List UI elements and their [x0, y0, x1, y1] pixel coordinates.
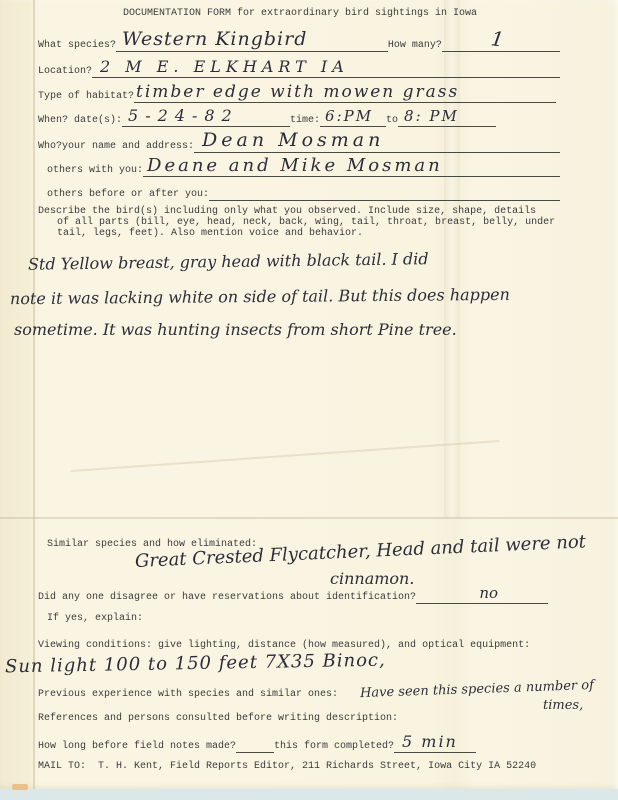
habitat-row: Type of habitat? timber edge with mowen …: [38, 85, 556, 103]
form-completed-label: this form completed?: [274, 741, 394, 752]
others-with-value: Deane and Mike Mosman: [147, 157, 443, 175]
if-yes-label: If yes, explain:: [47, 613, 143, 624]
time-from-rule: 6:PM: [320, 125, 386, 127]
field-notes-rule: [236, 751, 274, 753]
mail-to-line: MAIL TO: T. H. Kent, Field Reports Edito…: [38, 761, 536, 772]
experience-value-line2: times,: [543, 699, 583, 712]
species-label: What species?: [38, 40, 116, 51]
who-rule: Dean Mosman: [194, 151, 560, 153]
time-from-value: 6:PM: [325, 109, 373, 124]
when-row: When? date(s): 5-24-82 time: 6:PM to 8: …: [38, 109, 530, 127]
field-notes-label: How long before field notes made?: [38, 741, 236, 752]
disagree-value: no: [479, 586, 498, 601]
description-line1: Std Yellow breast, gray head with black …: [28, 251, 429, 273]
location-label: Location?: [38, 66, 92, 77]
species-row: What species? Western Kingbird How many?…: [38, 34, 560, 52]
how-long-row: How long before field notes made? this f…: [38, 735, 476, 753]
disagree-label: Did any one disagree or have reservation…: [38, 592, 416, 603]
location-value: 2 M E. ELKHART IA: [100, 59, 349, 75]
describe-instructions-line2: of all parts (bill, eye, head, neck, bac…: [57, 217, 555, 228]
species-value: Western Kingbird: [122, 30, 307, 49]
describe-instructions-line3: tail, legs, feet). Also mention voice an…: [57, 228, 363, 239]
form-completed-value: 5 min: [402, 734, 458, 750]
viewing-value: Sun light 100 to 150 feet 7X35 Binoc,: [5, 652, 386, 677]
time-label: time:: [290, 115, 320, 126]
description-line2: note it was lacking white on side of tai…: [10, 287, 510, 307]
description-line3: sometime. It was hunting insects from sh…: [14, 322, 457, 338]
experience-label: Previous experience with species and sim…: [38, 689, 338, 700]
form-completed-rule: 5 min: [394, 751, 476, 753]
location-rule: 2 M E. ELKHART IA: [92, 76, 560, 78]
location-row: Location? 2 M E. ELKHART IA: [38, 60, 560, 78]
date-value: 5-24-82: [128, 108, 239, 124]
time-to-rule: 8: PM: [398, 125, 496, 127]
form-title: DOCUMENTATION FORM for extraordinary bir…: [123, 8, 477, 19]
diagonal-crease: [70, 440, 499, 472]
experience-value-line1: Have seen this species a number of: [360, 679, 594, 700]
who-row: Who?your name and address: Dean Mosman: [38, 135, 560, 153]
species-rule: Western Kingbird: [116, 50, 388, 52]
when-label: When? date(s):: [38, 115, 122, 126]
disagree-row: Did any one disagree or have reservation…: [38, 586, 548, 604]
who-label: Who?your name and address:: [38, 141, 194, 152]
how-many-label: How many?: [388, 40, 442, 51]
time-to-value: 8: PM: [404, 109, 459, 124]
how-many-value: 1: [490, 28, 505, 50]
habitat-value: timber edge with mowen grass: [136, 84, 459, 101]
scanned-form-paper: DOCUMENTATION FORM for extraordinary bir…: [0, 0, 618, 789]
others-with-rule: Deane and Mike Mosman: [143, 175, 560, 177]
paper-under-edge: [12, 784, 28, 790]
similar-species-value-line2: cinnamon.: [330, 571, 414, 587]
who-value: Dean Mosman: [202, 131, 384, 150]
describe-instructions-line1: Describe the bird(s) including only what…: [38, 206, 536, 217]
others-with-row: others with you: Deane and Mike Mosman: [47, 159, 560, 177]
habitat-label: Type of habitat?: [38, 91, 134, 102]
horizontal-fold-crease: [0, 517, 618, 519]
others-before-label: others before or after you:: [47, 189, 209, 200]
how-many-rule: 1: [442, 50, 560, 52]
viewing-label: Viewing conditions: give lighting, dista…: [38, 640, 530, 651]
others-before-rule: [209, 199, 560, 201]
others-with-label: others with you:: [47, 165, 143, 176]
to-label: to: [386, 115, 398, 126]
others-before-row: others before or after you:: [47, 183, 560, 201]
habitat-rule: timber edge with mowen grass: [134, 101, 556, 103]
disagree-rule: no: [416, 602, 548, 604]
date-rule: 5-24-82: [122, 125, 290, 127]
references-label: References and persons consulted before …: [38, 713, 398, 724]
